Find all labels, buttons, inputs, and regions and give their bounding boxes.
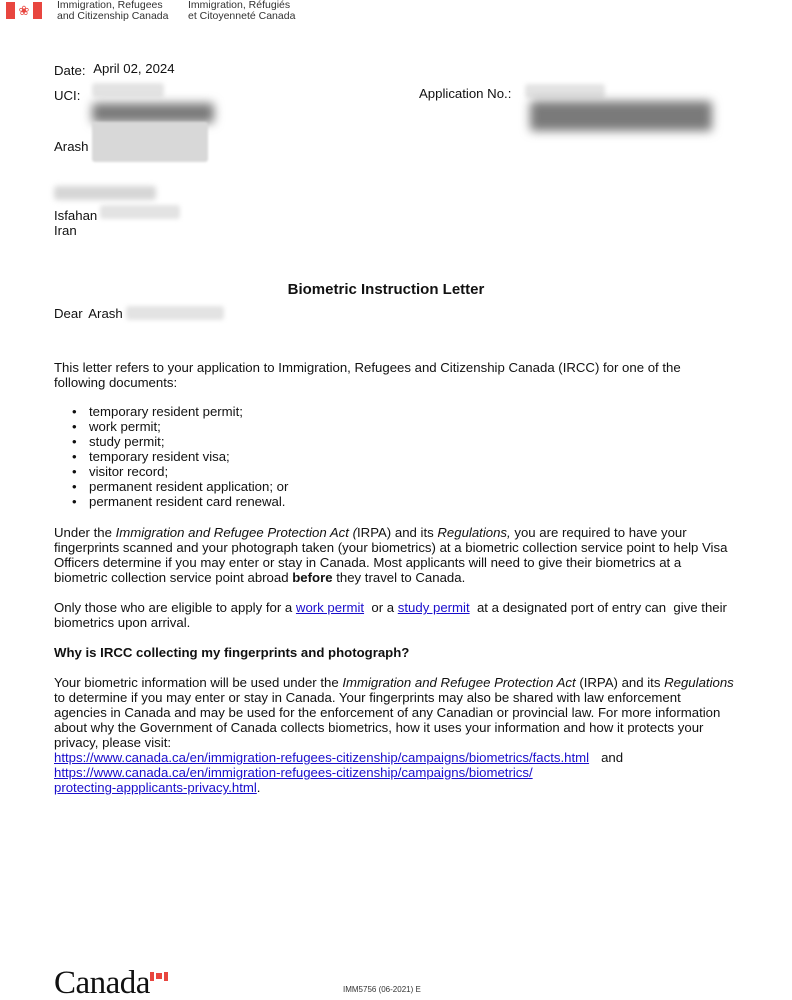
regulations-name: Regulations	[664, 675, 734, 690]
redacted-address-region	[100, 205, 180, 219]
text: Only those who are eligible to apply for…	[54, 600, 296, 615]
port-of-entry-paragraph: Only those who are eligible to apply for…	[54, 600, 734, 630]
address-city: Isfahan	[54, 208, 97, 223]
redacted-recipient-surname	[92, 122, 208, 162]
list-item: work permit;	[54, 419, 288, 434]
salutation-word: Dear	[54, 306, 83, 321]
privacy-link-part-1[interactable]: https://www.canada.ca/en/immigration-ref…	[54, 765, 533, 780]
work-permit-link[interactable]: work permit	[296, 600, 364, 615]
study-permit-link[interactable]: study permit	[398, 600, 470, 615]
intro-paragraph: This letter refers to your application t…	[54, 360, 734, 390]
emphasis-before: before	[292, 570, 332, 585]
redacted-uci	[92, 103, 214, 123]
date-line: Date: April 02, 2024	[54, 63, 175, 78]
act-name: Immigration and Refugee Protection Act (	[116, 525, 357, 540]
biometrics-facts-link[interactable]: https://www.canada.ca/en/immigration-ref…	[54, 750, 589, 765]
dept-en-line-2: and Citizenship Canada	[57, 11, 169, 22]
list-item: permanent resident application; or	[54, 479, 288, 494]
act-name: Immigration and Refugee Protection Act	[342, 675, 575, 690]
text: they travel to Canada.	[333, 570, 466, 585]
text: .	[257, 780, 261, 795]
text: (IRPA) and its	[576, 675, 664, 690]
letter-title: Biometric Instruction Letter	[0, 281, 772, 298]
list-item: temporary resident visa;	[54, 449, 288, 464]
dept-fr-line-2: et Citoyenneté Canada	[188, 11, 295, 22]
text: Under the	[54, 525, 116, 540]
address-country: Iran	[54, 223, 77, 238]
redacted-address-line	[54, 186, 156, 200]
uci-label: UCI:	[54, 88, 80, 103]
redacted-uci-top	[92, 83, 164, 97]
salutation: Dear Arash	[54, 306, 123, 321]
redacted-application-top	[525, 84, 605, 98]
text: and	[601, 750, 623, 765]
application-number-label: Application No.:	[419, 86, 511, 101]
text: IRPA) and its	[357, 525, 437, 540]
redacted-salutation-surname	[126, 306, 224, 320]
regulations-name: Regulations,	[437, 525, 510, 540]
section-heading: Why is IRCC collecting my fingerprints a…	[54, 645, 734, 660]
privacy-link-part-2[interactable]: protecting-appplicants-privacy.html	[54, 780, 257, 795]
department-name-fr: Immigration, Réfugiés et Citoyenneté Can…	[188, 0, 295, 22]
recipient-name: Arash	[54, 139, 88, 154]
text: to determine if you may enter or stay in…	[54, 690, 720, 750]
department-name-en: Immigration, Refugees and Citizenship Ca…	[57, 0, 169, 22]
form-number: IMM5756 (06-2021) E	[343, 985, 421, 994]
date-label: Date:	[54, 63, 86, 78]
wordmark-flag-icon	[150, 972, 168, 981]
document-list: temporary resident permit; work permit; …	[54, 404, 288, 509]
salutation-name: Arash	[88, 306, 122, 321]
list-item: study permit;	[54, 434, 288, 449]
list-item: visitor record;	[54, 464, 288, 479]
requirement-paragraph: Under the Immigration and Refugee Protec…	[54, 525, 734, 585]
text: Your biometric information will be used …	[54, 675, 342, 690]
date-value: April 02, 2024	[93, 61, 174, 76]
canada-wordmark: Canada	[54, 966, 150, 1000]
privacy-paragraph: Your biometric information will be used …	[54, 675, 734, 795]
text: or a	[364, 600, 398, 615]
redacted-application-number	[530, 101, 712, 131]
list-item: permanent resident card renewal.	[54, 494, 288, 509]
canada-flag-icon: ❀	[6, 2, 42, 19]
list-item: temporary resident permit;	[54, 404, 288, 419]
